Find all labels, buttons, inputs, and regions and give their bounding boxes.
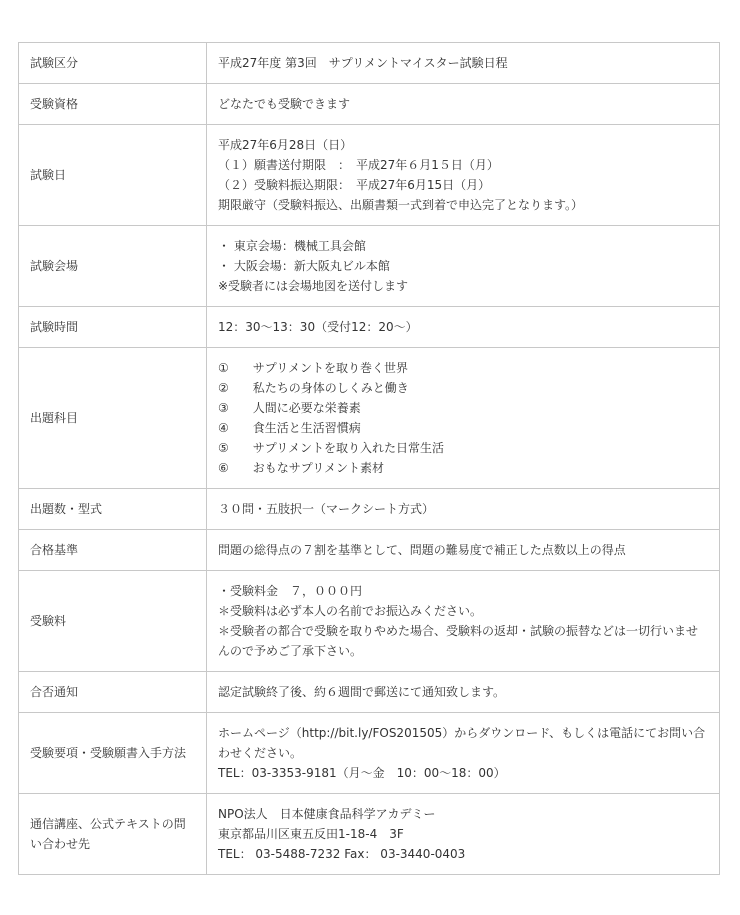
value-line: ・ 東京会場：機械工具会館 xyxy=(218,236,708,256)
table-row: 合格基準問題の総得点の７割を基準として、問題の難易度で補正した点数以上の得点 xyxy=(19,530,720,571)
value-line: どなたでも受験できます xyxy=(218,94,708,114)
row-value: 平成27年度 第3回 サプリメントマイスター試験日程 xyxy=(207,43,720,84)
table-row: 受験料・受験料金 ７，０００円＊受験料は必ず本人の名前でお振込みください。＊受験… xyxy=(19,571,720,672)
row-value: ・ 東京会場：機械工具会館・ 大阪会場：新大阪丸ビル本館※受験者には会場地図を送… xyxy=(207,226,720,307)
table-row: 試験区分平成27年度 第3回 サプリメントマイスター試験日程 xyxy=(19,43,720,84)
row-label: 試験日 xyxy=(19,125,207,226)
row-label: 受験料 xyxy=(19,571,207,672)
value-line: ① サプリメントを取り巻く世界 xyxy=(218,358,708,378)
value-line: ④ 食生活と生活習慣病 xyxy=(218,418,708,438)
table-row: 試験会場・ 東京会場：機械工具会館・ 大阪会場：新大阪丸ビル本館※受験者には会場… xyxy=(19,226,720,307)
row-label: 合否通知 xyxy=(19,672,207,713)
row-value: 問題の総得点の７割を基準として、問題の難易度で補正した点数以上の得点 xyxy=(207,530,720,571)
value-line: ② 私たちの身体のしくみと働き xyxy=(218,378,708,398)
value-line: NPO法人 日本健康食品科学アカデミー xyxy=(218,804,708,824)
row-value: ３０問・五肢択一（マークシート方式） xyxy=(207,489,720,530)
value-line: ③ 人間に必要な栄養素 xyxy=(218,398,708,418)
table-row: 出題数・型式３０問・五肢択一（マークシート方式） xyxy=(19,489,720,530)
value-line: 平成27年度 第3回 サプリメントマイスター試験日程 xyxy=(218,53,708,73)
row-label: 試験会場 xyxy=(19,226,207,307)
table-row: 試験日平成27年6月28日（日）（１）願書送付期限 ： 平成27年６月1５日（月… xyxy=(19,125,720,226)
value-line: ＊受験料は必ず本人の名前でお振込みください。 xyxy=(218,601,708,621)
row-value: 12：30〜13：30（受付12：20〜） xyxy=(207,307,720,348)
value-line: 平成27年6月28日（日） xyxy=(218,135,708,155)
value-line: ３０問・五肢択一（マークシート方式） xyxy=(218,499,708,519)
value-line: 12：30〜13：30（受付12：20〜） xyxy=(218,317,708,337)
row-label: 出題科目 xyxy=(19,348,207,489)
value-line: ＊受験者の都合で受験を取りやめた場合、受験料の返却・試験の振替などは一切行いませ… xyxy=(218,621,708,661)
row-value: ホームページ（http://bit.ly/FOS201505）からダウンロード、… xyxy=(207,713,720,794)
row-label: 出題数・型式 xyxy=(19,489,207,530)
value-line: 期限厳守（受験料振込、出願書類一式到着で申込完了となります。） xyxy=(218,195,708,215)
row-label: 試験区分 xyxy=(19,43,207,84)
table-row: 受験資格どなたでも受験できます xyxy=(19,84,720,125)
table-row: 通信講座、公式テキストの問い合わせ先NPO法人 日本健康食品科学アカデミー東京都… xyxy=(19,794,720,875)
value-line: ホームページ（http://bit.ly/FOS201505）からダウンロード、… xyxy=(218,723,708,763)
row-label: 受験資格 xyxy=(19,84,207,125)
value-line: TEL：03-3353-9181（月〜金 10：00〜18：00） xyxy=(218,763,708,783)
row-label: 受験要項・受験願書入手方法 xyxy=(19,713,207,794)
value-line: ⑤ サプリメントを取り入れた日常生活 xyxy=(218,438,708,458)
row-value: 平成27年6月28日（日）（１）願書送付期限 ： 平成27年６月1５日（月）（２… xyxy=(207,125,720,226)
value-line: ※受験者には会場地図を送付します xyxy=(218,276,708,296)
value-line: ・ 大阪会場：新大阪丸ビル本館 xyxy=(218,256,708,276)
row-value: NPO法人 日本健康食品科学アカデミー東京都品川区東五反田1-18-4 3FTE… xyxy=(207,794,720,875)
row-value: ・受験料金 ７，０００円＊受験料は必ず本人の名前でお振込みください。＊受験者の都… xyxy=(207,571,720,672)
row-value: 認定試験終了後、約６週間で郵送にて通知致します。 xyxy=(207,672,720,713)
table-row: 合否通知認定試験終了後、約６週間で郵送にて通知致します。 xyxy=(19,672,720,713)
value-line: TEL： 03-5488-7232 Fax： 03-3440-0403 xyxy=(218,844,708,864)
row-value: ① サプリメントを取り巻く世界② 私たちの身体のしくみと働き③ 人間に必要な栄養… xyxy=(207,348,720,489)
row-label: 試験時間 xyxy=(19,307,207,348)
exam-info-table: 試験区分平成27年度 第3回 サプリメントマイスター試験日程受験資格どなたでも受… xyxy=(18,42,720,875)
value-line: ・受験料金 ７，０００円 xyxy=(218,581,708,601)
value-line: 認定試験終了後、約６週間で郵送にて通知致します。 xyxy=(218,682,708,702)
table-row: 出題科目① サプリメントを取り巻く世界② 私たちの身体のしくみと働き③ 人間に必… xyxy=(19,348,720,489)
row-label: 合格基準 xyxy=(19,530,207,571)
value-line: 問題の総得点の７割を基準として、問題の難易度で補正した点数以上の得点 xyxy=(218,540,708,560)
table-row: 試験時間12：30〜13：30（受付12：20〜） xyxy=(19,307,720,348)
table-row: 受験要項・受験願書入手方法ホームページ（http://bit.ly/FOS201… xyxy=(19,713,720,794)
value-line: （１）願書送付期限 ： 平成27年６月1５日（月） xyxy=(218,155,708,175)
row-value: どなたでも受験できます xyxy=(207,84,720,125)
value-line: （２）受験料振込期限： 平成27年6月15日（月） xyxy=(218,175,708,195)
row-label: 通信講座、公式テキストの問い合わせ先 xyxy=(19,794,207,875)
value-line: 東京都品川区東五反田1-18-4 3F xyxy=(218,824,708,844)
value-line: ⑥ おもなサプリメント素材 xyxy=(218,458,708,478)
